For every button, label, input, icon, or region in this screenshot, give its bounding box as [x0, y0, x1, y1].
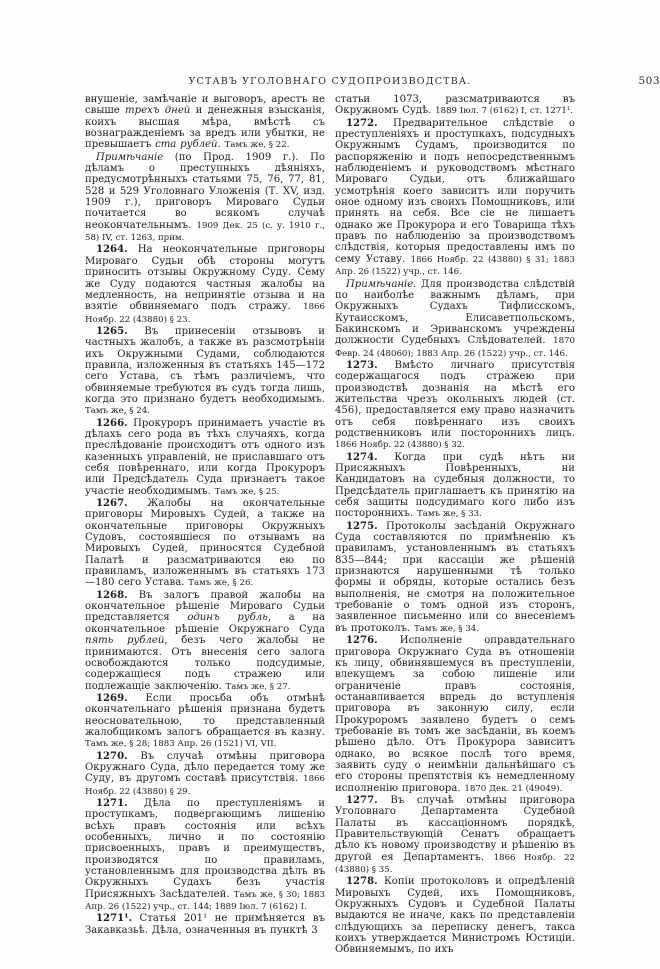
document-page: УСТАВЪ УГОЛОВНАГО СУДОПРОИЗВОДСТВА. 503 … — [0, 0, 660, 969]
note-paragraph: Примѣчаніе (по Прод. 1909 г.). По дѣламъ… — [85, 152, 325, 245]
citation: Тамъ же, § 27. — [226, 682, 291, 692]
article-1269: 1269. Если просьба объ отмѣнѣ окончатель… — [85, 693, 325, 751]
text-run: (по Прод. 1909 г.). По дѣламъ о преступн… — [85, 152, 325, 231]
article-number: 1266. — [96, 418, 128, 429]
text-run: трехъ дней — [125, 105, 190, 116]
article-1271-1: 1271¹. Статья 201¹ не примѣняется въ Зак… — [85, 913, 325, 936]
article-number: 1278. — [346, 876, 378, 887]
continuation-paragraph: внушеніе, замѣчаніе и выговоръ, арестъ н… — [85, 94, 325, 152]
article-number: 1275. — [346, 521, 378, 532]
citation: 1866 Ноябр. 22 (43880) § 32. — [335, 440, 465, 450]
text-run: Въ принесеніи отзывовъ и частныхъ жалобъ… — [85, 326, 325, 405]
right-column: статьи 1073, разсматриваются въ Окружном… — [335, 94, 575, 956]
text-run: Дѣла по преступленіямъ и проступкамъ, по… — [85, 798, 325, 900]
text-run: Жалобы на окончательные приговоры Мировы… — [85, 498, 325, 588]
article-number: 1277. — [346, 795, 378, 806]
text-run: Примѣчаніе. — [346, 279, 416, 290]
article-1273: 1273. Вмѣсто личнаго присутствія содержа… — [335, 360, 575, 452]
citation: Тамъ же, § 34. — [414, 624, 479, 634]
article-number: 1264. — [96, 244, 128, 255]
article-1270: 1270. Въ случаѣ отмѣны приговора Окружна… — [85, 751, 325, 798]
article-1265: 1265. Въ принесеніи отзывовъ и частныхъ … — [85, 326, 325, 418]
text-run: . — [218, 139, 225, 150]
article-number: 1267. — [96, 498, 128, 509]
article-number: 1269. — [96, 693, 128, 704]
article-1274: 1274. Когда при судѣ нѣтъ ни Присяжныхъ … — [335, 452, 575, 521]
article-1278: 1278. Копіи протоколовъ и опредѣленій Ми… — [335, 876, 575, 955]
article-number: 1268. — [96, 590, 128, 601]
text-run: Протоколы засѣданій Окружнаго Суда соста… — [335, 521, 575, 634]
text-run: Копіи протоколовъ и опредѣленій Мировыхъ… — [335, 876, 575, 955]
article-1271: 1271. Дѣла по преступленіямъ и проступка… — [85, 798, 325, 913]
article-1276: 1276. Исполненіе оправдательнаго пригово… — [335, 635, 575, 795]
text-run: Предварительное слѣдствіе о преступленія… — [335, 118, 575, 265]
article-1275: 1275. Протоколы засѣданій Окружнаго Суда… — [335, 521, 575, 635]
text-run: Исполненіе оправдательнаго приговора Окр… — [335, 635, 575, 793]
article-1272: 1272. Предварительное слѣдствіе о престу… — [335, 118, 575, 279]
article-number: 1274. — [346, 452, 378, 463]
citation: Тамъ же, § 33. — [417, 509, 482, 519]
article-number: 1276. — [346, 635, 378, 646]
citation: Тамъ же, § 25. — [215, 487, 280, 497]
citation: Тамъ же, § 24. — [85, 406, 150, 416]
article-1277: 1277. Въ случаѣ отмѣны приговора Уголовн… — [335, 795, 575, 876]
citation: 1889 Іюл. 7 (6162) I, ст. 1271¹. — [435, 106, 573, 116]
page-number: 503 — [638, 75, 660, 87]
article-1266: 1266. Прокуроръ принимаетъ участіе въ дѣ… — [85, 418, 325, 498]
citation: Тамъ же, § 22. — [225, 140, 290, 150]
text-run: Прокуроръ принимаетъ участіе въ дѣлахъ с… — [85, 418, 325, 497]
text-run: одинъ рубль — [187, 612, 267, 623]
article-number: 1272. — [346, 118, 378, 129]
article-1264: 1264. На неокончательные приговоры Миров… — [85, 244, 325, 325]
running-header-title: УСТАВЪ УГОЛОВНАГО СУДОПРОИЗВОДСТВА. — [188, 76, 471, 87]
article-number: 1270. — [96, 751, 128, 762]
citation: 1870 Дек. 21 (49049). — [464, 784, 562, 794]
article-1268: 1268. Въ залогъ правой жалобы на окончат… — [85, 590, 325, 693]
text-run: Вмѣсто личнаго присутствія содержащагося… — [335, 360, 575, 439]
citation: Тамъ же, § 28; 1883 Апр. 26 (1521) VI, V… — [85, 739, 276, 749]
article-number: 1271¹. — [96, 913, 132, 924]
article-1267: 1267. Жалобы на окончательные приговоры … — [85, 498, 325, 590]
article-number: 1271. — [96, 798, 128, 809]
text-run: пять рублей — [85, 635, 164, 646]
note-paragraph: Примѣчаніе. Для производства слѣдствій п… — [335, 279, 575, 360]
continuation-paragraph: статьи 1073, разсматриваются въ Окружном… — [335, 94, 575, 118]
article-number: 1265. — [96, 326, 128, 337]
text-columns: внушеніе, замѣчаніе и выговоръ, арестъ н… — [85, 94, 575, 956]
citation: Тамъ же, § 26. — [188, 578, 253, 588]
article-number: 1273. — [346, 360, 378, 371]
text-run: ста рублей — [155, 139, 217, 150]
left-column: внушеніе, замѣчаніе и выговоръ, арестъ н… — [85, 94, 325, 956]
running-header: УСТАВЪ УГОЛОВНАГО СУДОПРОИЗВОДСТВА. — [85, 76, 575, 87]
text-run: Примѣчаніе — [96, 152, 163, 163]
